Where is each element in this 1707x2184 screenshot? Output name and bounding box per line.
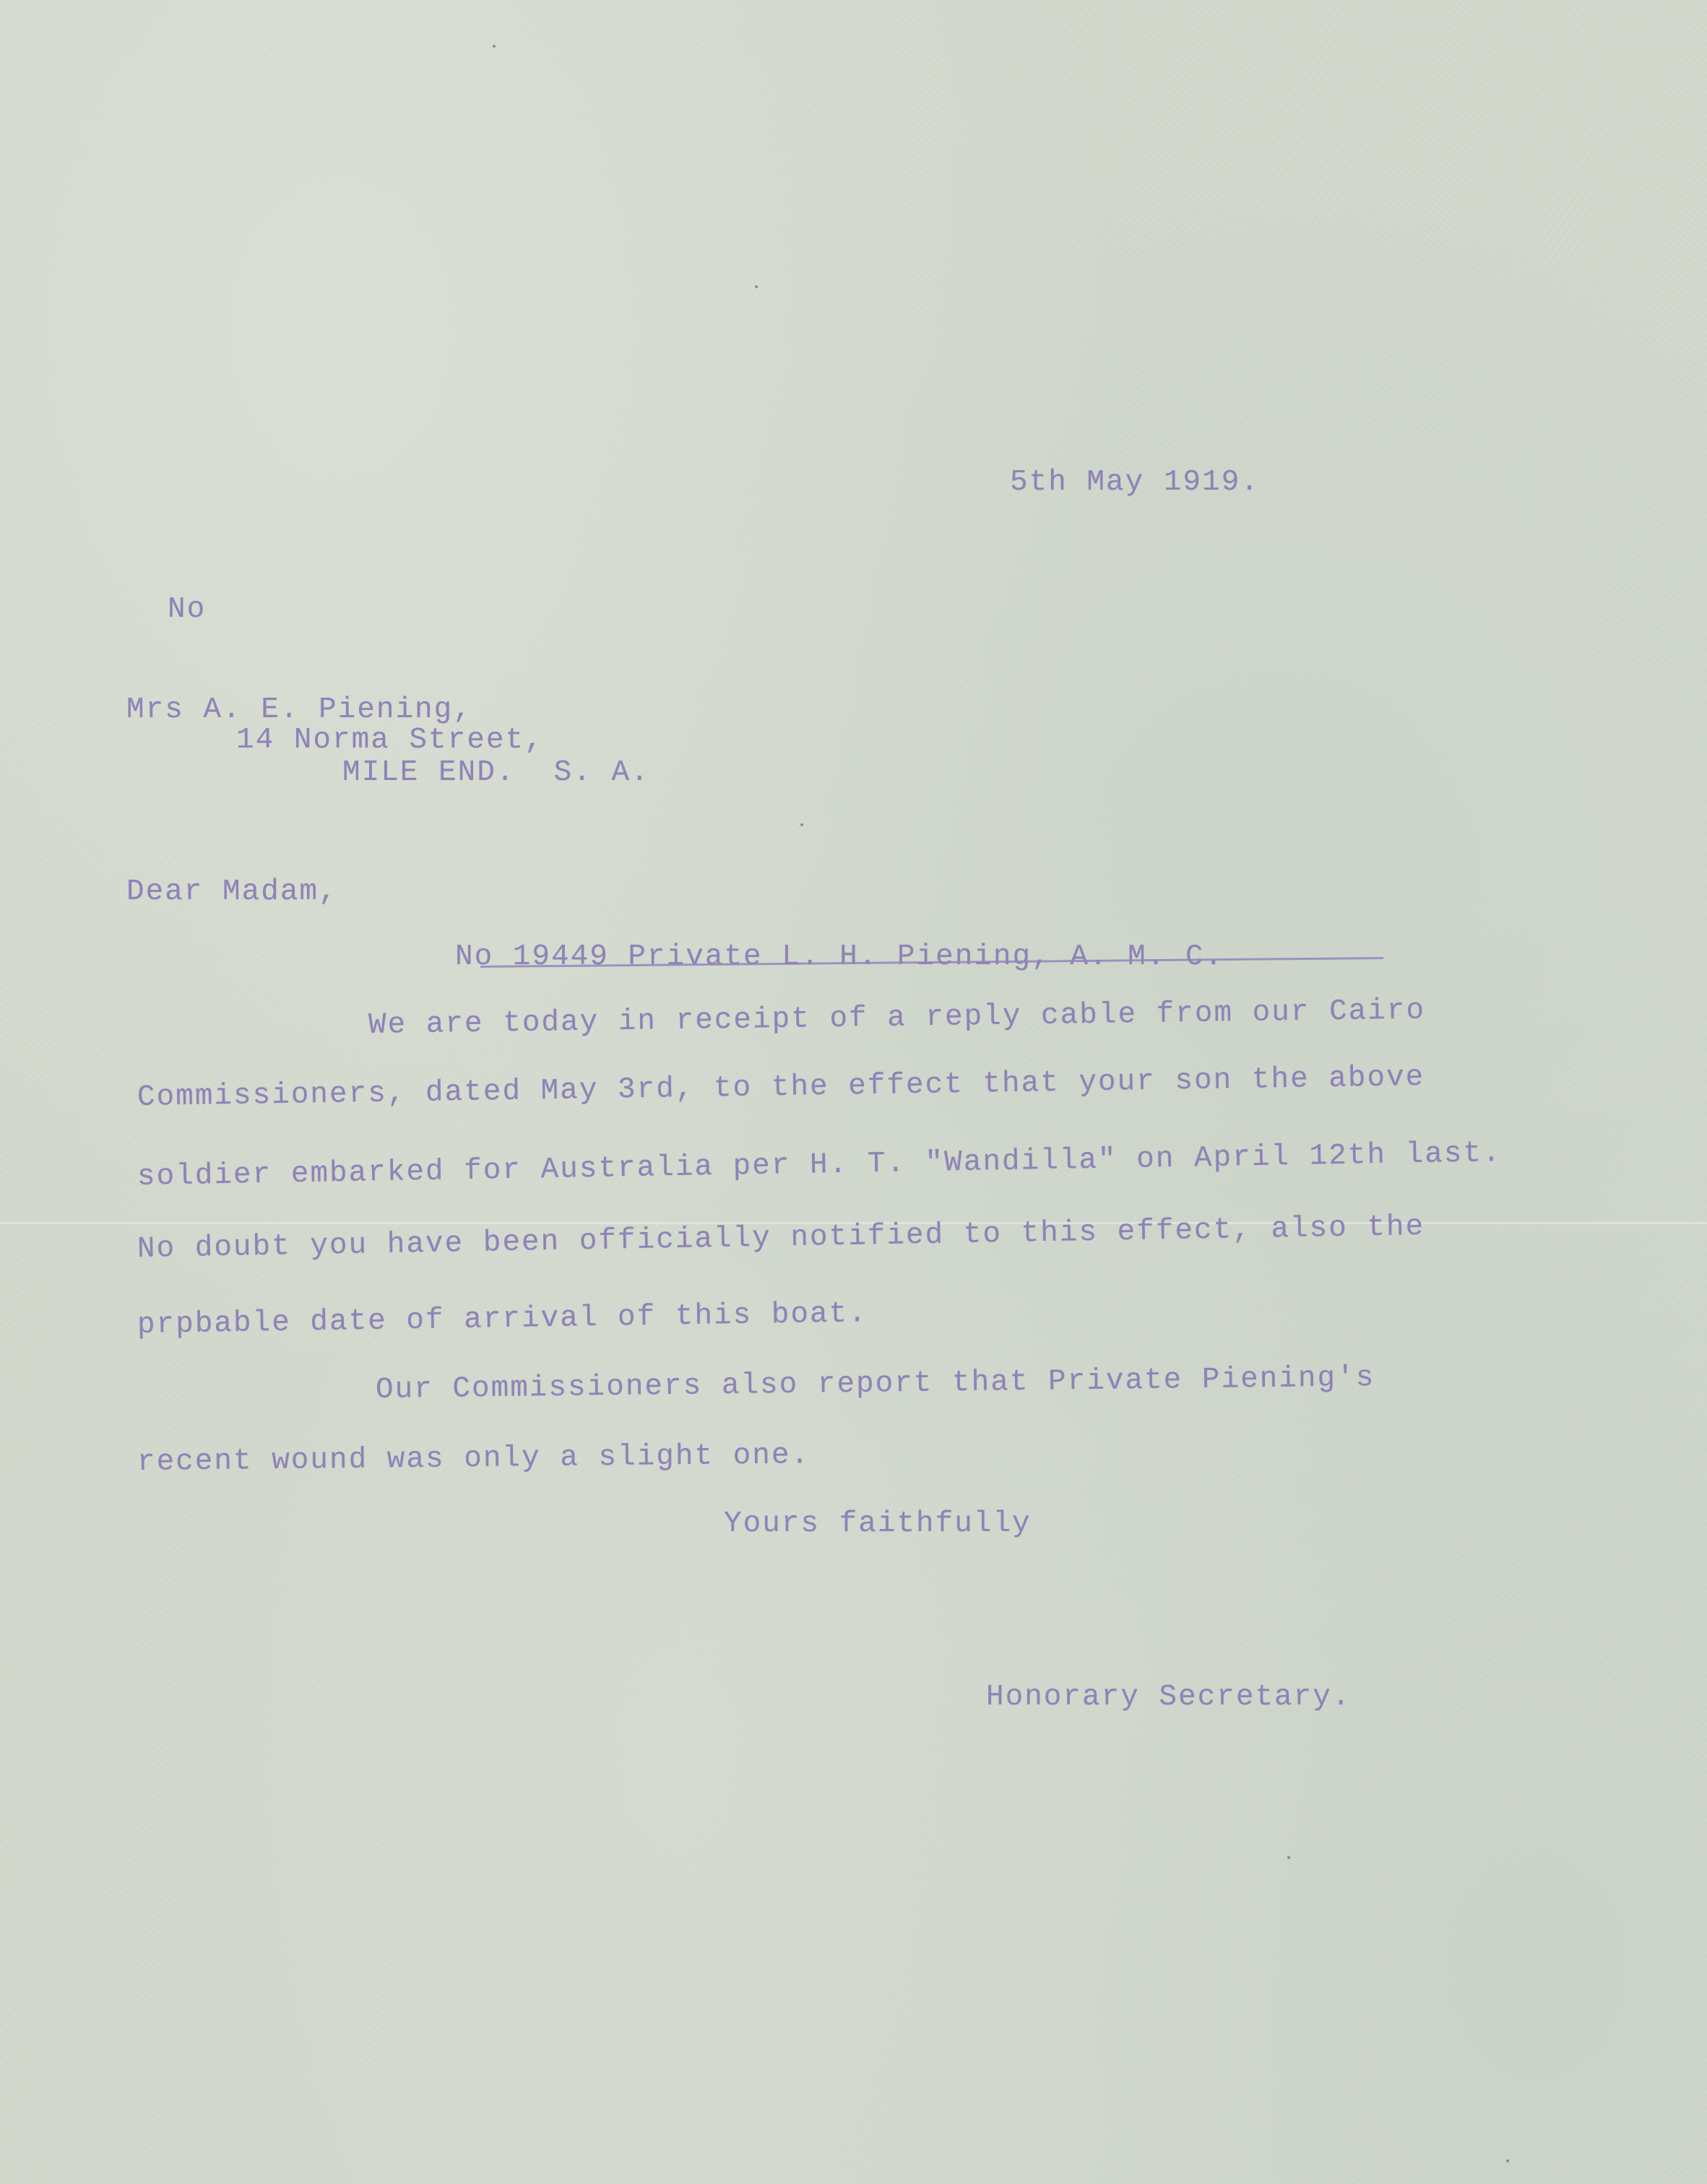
body-line: prpbable date of arrival of this boat. bbox=[137, 1299, 868, 1340]
body-line: Commissioners, dated May 3rd, to the eff… bbox=[137, 1063, 1425, 1113]
letter-date: 5th May 1919. bbox=[1010, 468, 1260, 498]
body-line: We are today in receipt of a reply cable… bbox=[368, 997, 1426, 1041]
salutation: Dear Madam, bbox=[126, 877, 338, 907]
complimentary-close: Yours faithfully bbox=[724, 1509, 1032, 1539]
body-line: soldier embarked for Australia per H. T.… bbox=[137, 1139, 1502, 1192]
subject-line: No 19449 Private L. H. Piening, A. M. C. bbox=[455, 942, 1224, 972]
body-line: recent wound was only a slight one. bbox=[137, 1441, 811, 1478]
paper-speck bbox=[1506, 2159, 1509, 2162]
recipient-name: Mrs A. E. Piening, bbox=[126, 695, 472, 725]
paper-speck bbox=[493, 45, 496, 48]
signature-title: Honorary Secretary. bbox=[986, 1683, 1351, 1712]
recipient-street: 14 Norma Street, bbox=[236, 726, 544, 755]
paper-speck bbox=[1287, 1856, 1290, 1859]
paper-speck bbox=[755, 285, 758, 288]
recipient-locality: MILE END. S. A. bbox=[342, 758, 650, 788]
letter-page: 5th May 1919. No Mrs A. E. Piening, 14 N… bbox=[0, 0, 1707, 2184]
body-line: No doubt you have been officially notifi… bbox=[137, 1213, 1425, 1265]
paper-speck bbox=[800, 823, 803, 826]
reference-number-label: No bbox=[168, 595, 206, 625]
body-line: Our Commissioners also report that Priva… bbox=[376, 1364, 1375, 1405]
